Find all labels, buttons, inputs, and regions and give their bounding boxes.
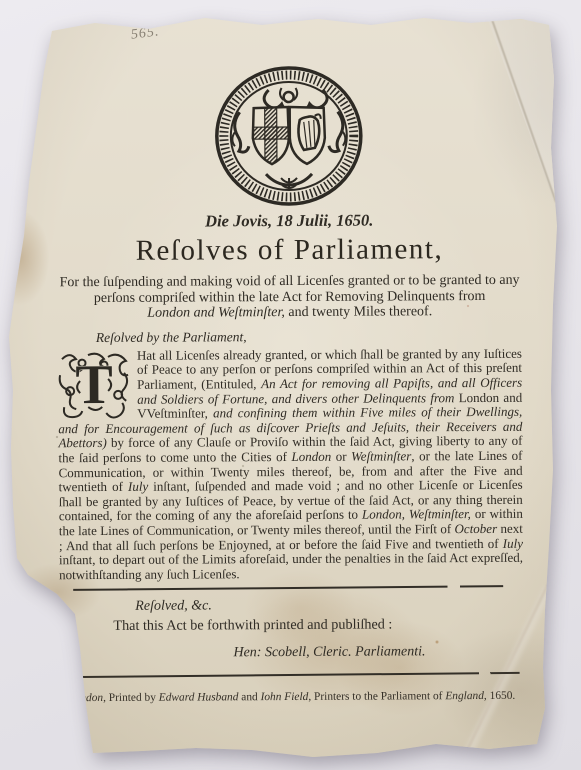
printed-content: Die Jovis, 18 Julii, 1650. Reſolves of P…	[56, 19, 524, 705]
body-seg-11: London, Weſtminſter,	[362, 506, 475, 522]
svg-text:T: T	[75, 354, 113, 416]
body-seg-15: Iuly	[503, 535, 523, 550]
body-seg-6: or	[331, 449, 351, 464]
photo-background: 565.	[0, 0, 581, 770]
printing-order-line: That this Act be forthwith printed and p…	[59, 616, 523, 635]
paper-sheet-wrap: 565.	[0, 0, 581, 770]
printed-rule-1	[73, 585, 503, 591]
subtitle-line-3: London and Weſtminſter, and twenty Miles…	[58, 304, 522, 322]
resolved-etc-line: Reſolved, &c.	[59, 597, 523, 615]
body-seg-5: London	[291, 449, 331, 464]
document-title: Reſolves of Parliament,	[57, 233, 521, 268]
commonwealth-seal-icon	[213, 64, 364, 209]
woodcut-initial-icon: T	[58, 351, 130, 421]
subtitle: For the ſuſpending and making void of al…	[58, 273, 522, 322]
body-seg-9: Iuly	[128, 479, 148, 494]
subtitle-line-1: For the ſuſpending and making void of al…	[58, 273, 522, 291]
body-seg-16: inſtant, to depart out of the Limits afo…	[59, 550, 523, 582]
seal-row	[56, 63, 521, 209]
dateline: Die Jovis, 18 Julii, 1650.	[57, 210, 521, 232]
clerk-signature: Hen: Scobell, Cleric. Parliamenti.	[59, 644, 523, 662]
imprint-line: London, Printed by Edward Husband and Io…	[60, 690, 524, 704]
body-paragraph: T Hat all Licenſes already granted, or w…	[58, 347, 523, 583]
resolved-by-line: Reſolved by the Parliament,	[58, 328, 522, 346]
printed-rule-2	[68, 672, 520, 678]
body-seg-13: October	[454, 521, 497, 536]
subtitle-line-2: perſons compriſed within the late Act fo…	[58, 288, 522, 306]
body-seg-7: Weſtminſter	[351, 448, 411, 463]
paper-sheet: 565.	[0, 0, 581, 770]
